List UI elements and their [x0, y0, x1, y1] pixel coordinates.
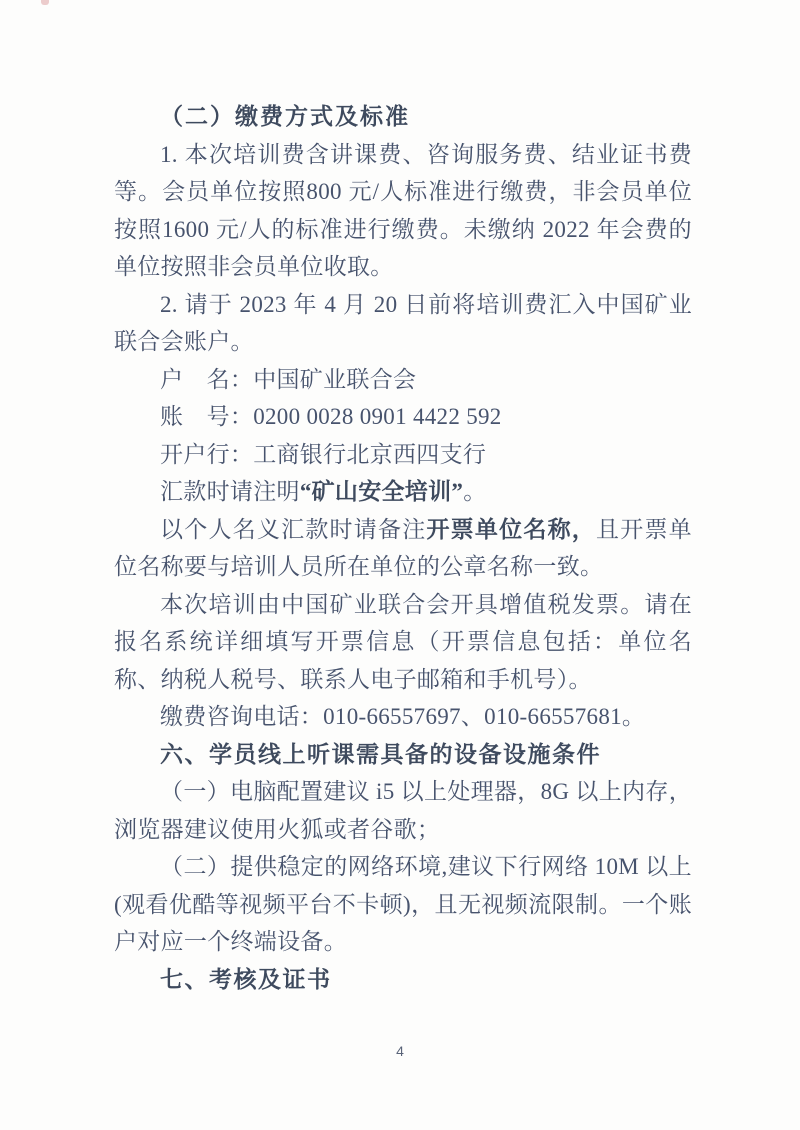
section-heading-assessment-certificate: 七、考核及证书: [114, 961, 692, 999]
text-run: 1. 本次培训费含讲课费、咨询服务费、结业证书费等。会员单位按照800 元/人标…: [114, 142, 692, 280]
text-run: 开户行：工商银行北京西四支行: [160, 442, 486, 467]
section-heading-equipment-requirements: 六、学员线上听课需具备的设备设施条件: [114, 736, 692, 774]
line-remittance-note: 汇款时请注明“矿山安全培训”。: [114, 473, 692, 511]
paragraph-fee-standard: 1. 本次培训费含讲课费、咨询服务费、结业证书费等。会员单位按照800 元/人标…: [114, 136, 692, 286]
text-run: 以个人名义汇款时请备注: [160, 517, 426, 542]
line-payment-phone: 缴费咨询电话：010-66557697、010-66557681。: [114, 698, 692, 736]
document-content: （二）缴费方式及标准1. 本次培训费含讲课费、咨询服务费、结业证书费等。会员单位…: [114, 98, 692, 998]
bold-text-run: “矿山安全培训”: [300, 479, 463, 504]
line-bank-branch: 开户行：工商银行北京西四支行: [114, 436, 692, 474]
text-run: （一）电脑配置建议 i5 以上处理器，8G 以上内存，浏览器建议使用火狐或者谷歌…: [114, 779, 692, 842]
text-run: 2. 请于 2023 年 4 月 20 日前将培训费汇入中国矿业联合会账户。: [114, 292, 692, 355]
text-run: 缴费咨询电话：010-66557697、010-66557681。: [160, 704, 645, 729]
bold-text-run: （二）缴费方式及标准: [160, 104, 410, 129]
paragraph-computer-config: （一）电脑配置建议 i5 以上处理器，8G 以上内存，浏览器建议使用火狐或者谷歌…: [114, 773, 692, 848]
text-run: （二）提供稳定的网络环境,建议下行网络 10M 以上(观看优酷等视频平台不卡顿)…: [114, 854, 692, 954]
bold-text-run: 七、考核及证书: [160, 966, 332, 992]
bold-text-run: 开票单位名称，: [426, 517, 596, 542]
page-number: 4: [0, 1043, 800, 1059]
text-run: 汇款时请注明: [160, 479, 300, 504]
paragraph-network-requirement: （二）提供稳定的网络环境,建议下行网络 10M 以上(观看优酷等视频平台不卡顿)…: [114, 848, 692, 961]
paragraph-invoice-info: 本次培训由中国矿业联合会开具增值税发票。请在报名系统详细填写开票信息（开票信息包…: [114, 586, 692, 699]
text-run: 本次培训由中国矿业联合会开具增值税发票。请在报名系统详细填写开票信息（开票信息包…: [114, 592, 692, 692]
paragraph-personal-remittance: 以个人名义汇款时请备注开票单位名称，且开票单位名称要与培训人员所在单位的公章名称…: [114, 511, 692, 586]
document-page: （二）缴费方式及标准1. 本次培训费含讲课费、咨询服务费、结业证书费等。会员单位…: [0, 0, 800, 1130]
text-run: 户 名：中国矿业联合会: [160, 367, 416, 392]
line-account-number: 账 号：0200 0028 0901 4422 592: [114, 398, 692, 436]
scan-artifact: [41, 0, 49, 5]
line-account-name: 户 名：中国矿业联合会: [114, 361, 692, 399]
text-run: 。: [463, 479, 486, 504]
bold-text-run: 六、学员线上听课需具备的设备设施条件: [160, 741, 601, 767]
text-run: 账 号：0200 0028 0901 4422 592: [160, 404, 502, 429]
section-heading-payment-method: （二）缴费方式及标准: [114, 98, 692, 136]
paragraph-payment-deadline: 2. 请于 2023 年 4 月 20 日前将培训费汇入中国矿业联合会账户。: [114, 286, 692, 361]
